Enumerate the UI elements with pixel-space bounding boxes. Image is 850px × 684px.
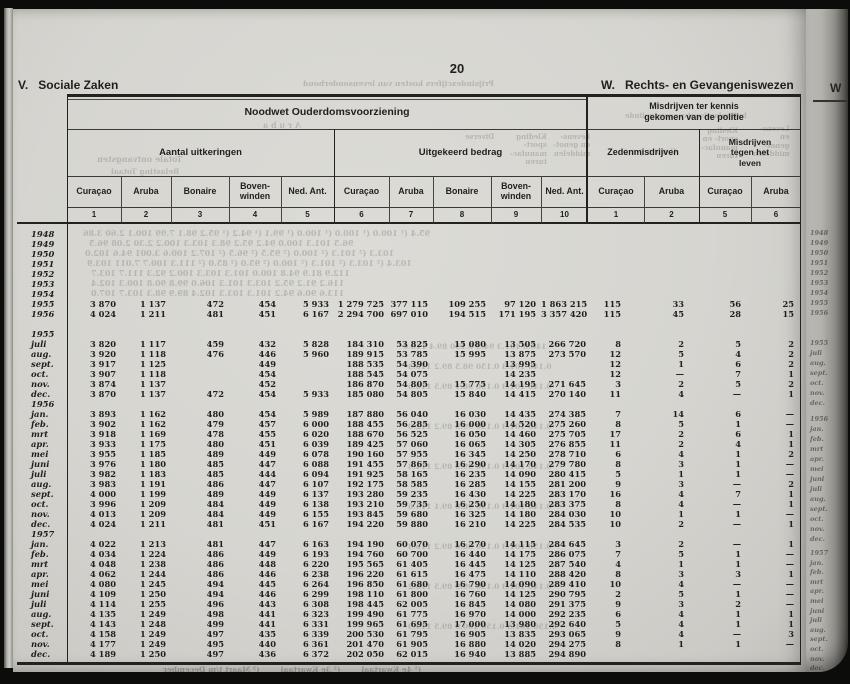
data-cell: 194 515 (433, 309, 491, 319)
column-number-row: 123456789101256 (17, 207, 801, 222)
data-cell (699, 259, 751, 269)
data-cell: 1 (699, 459, 751, 469)
data-cell (229, 259, 281, 269)
data-cell: 4 024 (67, 519, 121, 529)
column-header: Ned. Ant. (541, 176, 588, 207)
data-cell: 198 110 (334, 589, 389, 599)
data-cell: 284 645 (541, 539, 588, 549)
row-label: aug. (17, 479, 67, 489)
data-cell: 193 210 (334, 499, 389, 509)
column-header: Boven- winden (491, 176, 541, 207)
data-cell: 5 828 (281, 339, 334, 349)
data-cell: 14 225 (491, 519, 541, 529)
data-cell: 56 285 (389, 419, 433, 429)
data-cell: 2 (751, 449, 801, 459)
data-cell: 33 (644, 299, 699, 309)
data-cell: 294 275 (541, 639, 588, 649)
data-cell: 1 (699, 549, 751, 559)
data-cell: 280 415 (541, 469, 588, 479)
row-label: aug. (17, 609, 67, 619)
data-cell: 452 (229, 379, 281, 389)
row-label: oct. (17, 369, 67, 379)
data-cell (699, 269, 751, 279)
data-cell: 443 (229, 599, 281, 609)
edge-row-label: 1949 (810, 239, 828, 247)
data-cell: 14 110 (491, 569, 541, 579)
data-cell (751, 239, 801, 249)
row-label: 1950 (17, 249, 67, 259)
data-cell: 4 022 (67, 539, 121, 549)
data-cell (171, 239, 229, 249)
data-cell (433, 229, 491, 239)
data-cell (229, 529, 281, 539)
data-cell (67, 229, 121, 239)
data-cell: 275 260 (541, 419, 588, 429)
data-cell: 5 (699, 339, 751, 349)
data-cell: 12 (588, 369, 644, 379)
data-cell (171, 249, 229, 259)
group-header-left: Noodwet Ouderdomsvoorziening (67, 95, 587, 129)
row-label: 1951 (17, 259, 67, 269)
edge-row-label: 1954 (810, 289, 828, 297)
data-cell: 6 264 (281, 579, 334, 589)
data-cell: 1 (644, 509, 699, 519)
column-name-row: CuraçaoArubaBonaireBoven- windenNed. Ant… (17, 176, 801, 207)
data-cell: 61 775 (389, 609, 433, 619)
data-cell: 5 960 (281, 349, 334, 359)
row-label: juli (17, 599, 67, 609)
data-cell (433, 319, 491, 329)
data-cell (334, 289, 389, 299)
column-number: 1 (588, 207, 644, 222)
data-cell (67, 259, 121, 269)
data-cell: 485 (171, 459, 229, 469)
data-cell: — (699, 539, 751, 549)
data-cell: 16 845 (433, 599, 491, 609)
data-cell: 449 (229, 549, 281, 559)
data-cell: 57 955 (389, 449, 433, 459)
edge-row-label: 1948 (810, 229, 828, 237)
data-cell: 12 (588, 349, 644, 359)
data-cell: 1 238 (121, 559, 171, 569)
data-cell (491, 229, 541, 239)
data-cell: 199 965 (334, 619, 389, 629)
data-cell: 16 (588, 489, 644, 499)
column-header: Aruba (121, 176, 171, 207)
data-cell: 4 (644, 609, 699, 619)
row-label: apr. (17, 569, 67, 579)
row-label: dec. (17, 519, 67, 529)
data-cell: 58 165 (389, 469, 433, 479)
data-cell: 449 (229, 489, 281, 499)
data-cell: 6 308 (281, 599, 334, 609)
data-cell: 284 535 (541, 519, 588, 529)
data-cell: 1 (644, 359, 699, 369)
edge-row-label: sept. (810, 635, 828, 643)
data-cell: 16 250 (433, 499, 491, 509)
data-cell (171, 329, 229, 339)
data-cell (699, 529, 751, 539)
data-cell: 6 137 (281, 489, 334, 499)
data-cell: 279 780 (541, 459, 588, 469)
data-cell: 1 169 (121, 429, 171, 439)
data-cell: 4 (699, 439, 751, 449)
data-cell: 486 (171, 559, 229, 569)
data-cell: 97 120 (491, 299, 541, 309)
data-cell (389, 319, 433, 329)
data-cell: 4 (644, 619, 699, 629)
column-number: 6 (334, 207, 389, 222)
column-number: 5 (281, 207, 334, 222)
data-cell: 3 (644, 569, 699, 579)
data-cell: 290 795 (541, 589, 588, 599)
data-cell: 199 490 (334, 609, 389, 619)
data-cell: 16 050 (433, 429, 491, 439)
data-cell: 16 430 (433, 489, 491, 499)
data-cell: 188 455 (334, 419, 389, 429)
data-cell: 446 (229, 569, 281, 579)
row-label: 1956 (17, 309, 67, 319)
data-cell: 5 (699, 379, 751, 389)
data-cell: 4 (699, 349, 751, 359)
edge-row-label: dec. (810, 535, 825, 543)
edge-row-label: juli (810, 616, 822, 624)
data-cell: 1 (751, 519, 801, 529)
data-cell (588, 279, 644, 289)
row-label: 1957 (17, 529, 67, 539)
data-cell: 61 695 (389, 619, 433, 629)
data-cell: 481 (171, 519, 229, 529)
data-cell (433, 529, 491, 539)
data-cell: 188 670 (334, 429, 389, 439)
subgroup-misdrijven-tegen-het-leven: Misdrijven tegen het leven (699, 129, 801, 176)
data-cell: 481 (171, 309, 229, 319)
data-cell: 4 (644, 449, 699, 459)
row-label: mrt (17, 559, 67, 569)
column-number: 3 (171, 207, 229, 222)
data-cell: — (751, 409, 801, 419)
data-cell: 6 107 (281, 479, 334, 489)
data-cell: 5 (644, 549, 699, 559)
data-cell (541, 289, 588, 299)
group-header-right: Misdrijven ter kennis gekomen van de pol… (587, 95, 801, 129)
data-cell: 1 (699, 619, 751, 629)
data-cell: 1 255 (121, 599, 171, 609)
data-cell: 4 109 (67, 589, 121, 599)
data-cell: 1 137 (121, 299, 171, 309)
data-cell (171, 529, 229, 539)
data-cell: 454 (229, 409, 281, 419)
row-label: 1952 (17, 269, 67, 279)
data-cell: 16 475 (433, 569, 491, 579)
data-cell: 4 (644, 629, 699, 639)
data-cell: 1 249 (121, 639, 171, 649)
data-cell: 115 (588, 309, 644, 319)
data-cell (171, 379, 229, 389)
data-cell: — (699, 389, 751, 399)
row-label: aug. (17, 349, 67, 359)
data-cell (491, 279, 541, 289)
data-cell (281, 399, 334, 409)
data-cell (699, 319, 751, 329)
data-cell (389, 529, 433, 539)
data-cell: 14 180 (491, 499, 541, 509)
row-label: juni (17, 459, 67, 469)
data-cell: 14 (644, 409, 699, 419)
data-cell: 432 (229, 339, 281, 349)
data-cell: 447 (229, 479, 281, 489)
data-cell (281, 289, 334, 299)
data-cell: 62 015 (389, 649, 433, 659)
subgroup-uitgekeerd-bedrag: Uitgekeerd bedrag (334, 129, 587, 176)
data-cell: 1 (699, 419, 751, 429)
data-cell: 4 013 (67, 509, 121, 519)
data-cell (67, 289, 121, 299)
data-cell: 3 820 (67, 339, 121, 349)
data-cell: 11 (588, 439, 644, 449)
data-cell: 15 775 (433, 379, 491, 389)
data-cell: 697 010 (389, 309, 433, 319)
data-cell: 8 (588, 459, 644, 469)
data-cell: 7 (699, 369, 751, 379)
data-cell: 2 (751, 339, 801, 349)
data-cell (588, 249, 644, 259)
data-cell (491, 239, 541, 249)
next-page-section-letter: W (830, 81, 841, 95)
row-label: nov. (17, 639, 67, 649)
data-cell (229, 249, 281, 259)
data-cell: 1 (751, 429, 801, 439)
data-cell: 14 115 (491, 539, 541, 549)
column-header: Curaçao (334, 176, 389, 207)
data-cell: 472 (171, 389, 229, 399)
row-label: jan. (17, 409, 67, 419)
data-cell: 5 (588, 469, 644, 479)
data-cell (644, 239, 699, 249)
data-cell (281, 319, 334, 329)
data-cell: 6 155 (281, 509, 334, 519)
data-cell (491, 259, 541, 269)
data-cell: 187 880 (334, 409, 389, 419)
data-cell: 6 372 (281, 649, 334, 659)
data-cell: 191 925 (334, 469, 389, 479)
data-cell: 283 375 (541, 499, 588, 509)
data-cell: 13 835 (491, 629, 541, 639)
data-cell: 59 880 (389, 519, 433, 529)
data-cell: 1 250 (121, 589, 171, 599)
data-cell (433, 269, 491, 279)
data-cell: 4 000 (67, 489, 121, 499)
data-cell: 10 (588, 509, 644, 519)
data-cell: 200 530 (334, 629, 389, 639)
data-cell: 54 075 (389, 369, 433, 379)
data-cell: 451 (229, 519, 281, 529)
book-photo: Prijsindexcijfers kosten van levensonder… (0, 0, 850, 684)
data-cell: 2 (644, 429, 699, 439)
data-cell (644, 289, 699, 299)
data-cell: 196 850 (334, 579, 389, 589)
data-cell: 276 855 (541, 439, 588, 449)
data-cell: 191 455 (334, 459, 389, 469)
data-cell (334, 269, 389, 279)
data-cell: 3 870 (67, 299, 121, 309)
section-title-right: W. Rechts- en Gevangeniswezen (601, 78, 794, 92)
data-cell: 294 890 (541, 649, 588, 659)
data-cell: 3 893 (67, 409, 121, 419)
data-cell: 293 065 (541, 629, 588, 639)
data-cell: 1 245 (121, 579, 171, 589)
column-number: 5 (699, 207, 751, 222)
column-header: Curaçao (67, 176, 121, 207)
data-cell (389, 239, 433, 249)
data-cell (121, 259, 171, 269)
data-cell: 3 (699, 569, 751, 579)
data-cell: 6 (699, 359, 751, 369)
data-cell (281, 529, 334, 539)
data-cell (541, 369, 588, 379)
column-number: 4 (229, 207, 281, 222)
data-cell: 59 235 (389, 489, 433, 499)
data-cell: 2 294 700 (334, 309, 389, 319)
data-cell (541, 529, 588, 539)
section-title-left: V. Sociale Zaken (18, 78, 118, 92)
data-cell: 3 (644, 479, 699, 489)
data-cell: 497 (171, 649, 229, 659)
data-cell (588, 239, 644, 249)
row-label: mrt (17, 429, 67, 439)
data-cell: 8 (588, 499, 644, 509)
data-cell (67, 399, 121, 409)
data-cell: 286 075 (541, 549, 588, 559)
data-cell: — (699, 499, 751, 509)
data-cell: 189 915 (334, 349, 389, 359)
data-cell: 1 (751, 439, 801, 449)
data-cell (699, 329, 751, 339)
data-cell: 53 785 (389, 349, 433, 359)
data-cell: 16 235 (433, 469, 491, 479)
data-cell: 17 (588, 429, 644, 439)
data-cell: — (751, 549, 801, 559)
data-cell: 4 (644, 489, 699, 499)
data-cell: 193 280 (334, 489, 389, 499)
data-cell (644, 399, 699, 409)
data-cell: 1 250 (121, 649, 171, 659)
data-cell (751, 289, 801, 299)
data-cell: 6 000 (281, 419, 334, 429)
data-cell: 6 (588, 449, 644, 459)
data-cell (491, 329, 541, 339)
data-cell (389, 289, 433, 299)
data-cell: 1 (644, 639, 699, 649)
data-cell: 1 180 (121, 459, 171, 469)
data-cell: 14 460 (491, 429, 541, 439)
data-cell: 13 505 (491, 339, 541, 349)
data-cell: 16 270 (433, 539, 491, 549)
data-cell: 5 933 (281, 299, 334, 309)
row-label: mei (17, 449, 67, 459)
data-cell: 1 185 (121, 449, 171, 459)
data-cell: 440 (229, 639, 281, 649)
data-cell: 196 220 (334, 569, 389, 579)
data-cell: 288 420 (541, 569, 588, 579)
data-cell: 14 520 (491, 419, 541, 429)
data-cell: 484 (171, 509, 229, 519)
data-cell: 486 (171, 549, 229, 559)
edge-row-label: feb. (810, 435, 824, 443)
data-cell: 284 030 (541, 509, 588, 519)
data-cell (389, 229, 433, 239)
edge-row-label: aug. (810, 495, 826, 503)
data-cell: 1 (644, 469, 699, 479)
data-cell: 283 170 (541, 489, 588, 499)
data-cell: 8 (588, 569, 644, 579)
data-cell (588, 529, 644, 539)
data-cell: 449 (229, 509, 281, 519)
data-cell: 454 (229, 389, 281, 399)
data-cell (229, 319, 281, 329)
data-cell: 6 167 (281, 309, 334, 319)
data-cell: 16 970 (433, 609, 491, 619)
data-cell: 451 (229, 439, 281, 449)
data-cell: 7 (588, 409, 644, 419)
data-cell: 16 285 (433, 479, 491, 489)
data-cell: 6 238 (281, 569, 334, 579)
data-cell: 16 760 (433, 589, 491, 599)
data-cell (334, 259, 389, 269)
data-cell: 3 955 (67, 449, 121, 459)
data-cell (541, 239, 588, 249)
data-cell (751, 329, 801, 339)
data-cell (171, 279, 229, 289)
data-cell: 16 000 (433, 419, 491, 429)
data-cell: 16 065 (433, 439, 491, 449)
data-cell: 4 080 (67, 579, 121, 589)
data-cell: 6 193 (281, 549, 334, 559)
edge-row-label: aug. (810, 626, 826, 634)
data-cell (334, 319, 389, 329)
data-cell (588, 649, 644, 659)
data-cell: 56 (699, 299, 751, 309)
data-cell: 2 (644, 339, 699, 349)
data-cell: 1 (751, 369, 801, 379)
data-cell: 3 918 (67, 429, 121, 439)
data-cell: 1 (699, 469, 751, 479)
data-cell: 189 425 (334, 439, 389, 449)
data-cell: 195 565 (334, 559, 389, 569)
data-cell (644, 649, 699, 659)
data-cell: 184 310 (334, 339, 389, 349)
data-cell: 61 905 (389, 639, 433, 649)
data-cell: 14 000 (491, 609, 541, 619)
data-cell (433, 239, 491, 249)
data-cell: 1 244 (121, 569, 171, 579)
data-cell (389, 279, 433, 289)
edge-row-label: dec. (810, 664, 825, 672)
data-cell: 6 020 (281, 429, 334, 439)
row-label: feb. (17, 549, 67, 559)
data-cell: — (751, 639, 801, 649)
data-cell (433, 279, 491, 289)
data-cell: 449 (229, 359, 281, 369)
data-cell: 476 (171, 349, 229, 359)
label-column-spacer (17, 207, 67, 222)
data-cell: 1 249 (121, 629, 171, 639)
data-cell (171, 359, 229, 369)
data-cell: 194 220 (334, 519, 389, 529)
data-cell: 1 162 (121, 409, 171, 419)
data-cell: — (751, 419, 801, 429)
data-cell (334, 529, 389, 539)
